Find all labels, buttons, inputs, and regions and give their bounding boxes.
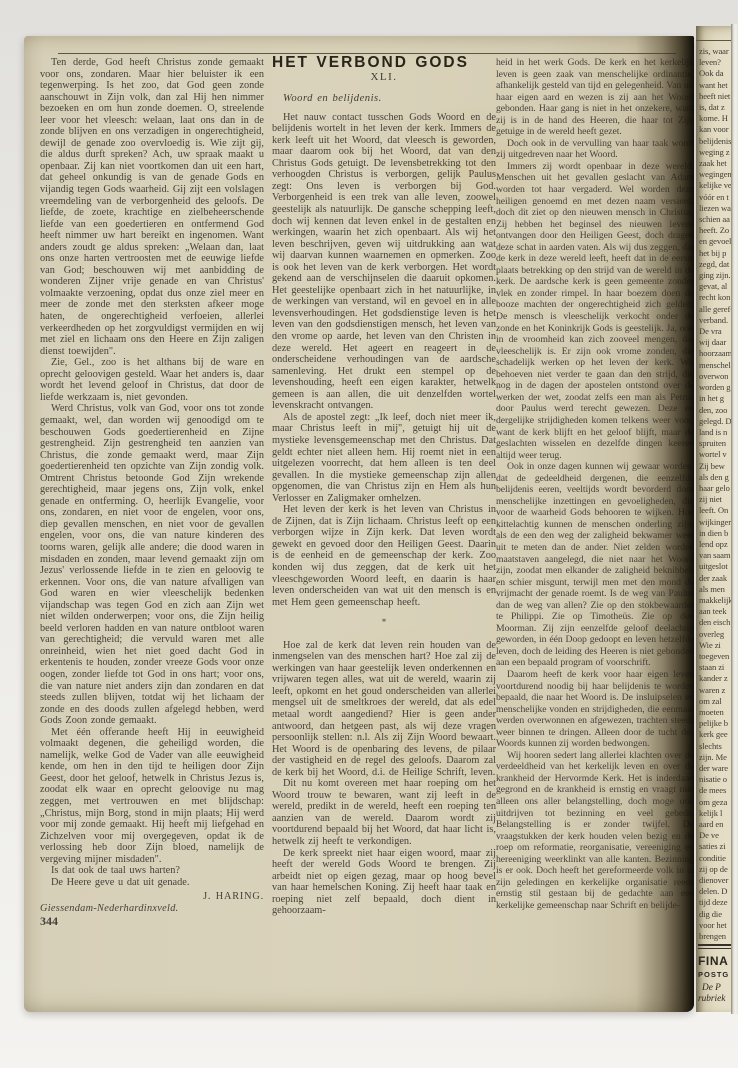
text-fragment-line: delen. D: [699, 886, 731, 897]
text-fragment-line: nisatie o: [699, 774, 731, 785]
text-fragment-line: om zal: [699, 696, 731, 707]
text-fragment-line: wortel v: [699, 449, 731, 460]
text-fragment-line: haar gelo: [699, 483, 731, 494]
middle-column-text: Het nauw contact tusschen Gods Woord en …: [272, 112, 496, 609]
text-fragment-line: gelegd. D: [699, 416, 731, 427]
text-fragment-line: zaak het: [699, 158, 731, 169]
text-fragment-line: van saam: [699, 550, 731, 561]
text-fragment-line: wijkinger: [699, 517, 731, 528]
paragraph: Met één offerande heeft Hij in eeuwighei…: [40, 727, 264, 866]
paragraph: Hoe zal de kerk dat leven rein houden va…: [272, 640, 496, 779]
text-fragment-line: is, dat z: [699, 102, 731, 113]
left-page: Ten derde, God heeft Christus zonde gema…: [24, 36, 694, 1012]
book-scan-photo: Ten derde, God heeft Christus zonde gema…: [0, 0, 738, 1068]
middle-column-text-continued: Hoe zal de kerk dat leven rein houden va…: [272, 640, 496, 917]
text-fragment-line: zis, waar: [699, 46, 731, 57]
text-fragment-line: conditie: [699, 853, 731, 864]
paragraph: De Heere geve u dat uit genade.: [40, 877, 264, 889]
chapter-number: XLI.: [272, 72, 496, 84]
next-page-text-fragments: zis, waarleven?Ook dawant hetheeft nieti…: [699, 46, 731, 942]
author-location: Giessendam-Nederhardinxveld.: [40, 903, 264, 915]
text-fragment-line: De P: [698, 983, 731, 994]
text-fragment-line: toegeven: [699, 651, 731, 662]
text-fragment-line: liezen wa: [699, 203, 731, 214]
left-column-text: Ten derde, God heeft Christus zonde gema…: [40, 57, 264, 888]
text-fragment-line: kerk gee: [699, 729, 731, 740]
text-fragment-line: lend opz: [699, 539, 731, 550]
text-fragment-line: den, zoo: [699, 405, 731, 416]
gutter-shadow: [636, 36, 694, 1012]
text-fragment-line: staan zi: [699, 662, 731, 673]
header-rule: [696, 40, 731, 41]
text-fragment-line: de mees: [699, 785, 731, 796]
text-fragment-line: brengen: [699, 931, 731, 942]
text-fragment-line: worden g: [699, 382, 731, 393]
next-page-edge: zis, waarleven?Ook dawant hetheeft nieti…: [696, 26, 731, 1012]
text-fragment-line: wij daar: [699, 337, 731, 348]
text-fragment-line: weging z: [699, 147, 731, 158]
paragraph: Zie, Gel., zoo is het althans bij de war…: [40, 357, 264, 403]
text-fragment-line: ging zijn.: [699, 270, 731, 281]
text-fragment-line: kan voor: [699, 124, 731, 135]
text-fragment-line: overwon: [699, 371, 731, 382]
notice-text-fragments: De Prubriek: [698, 983, 731, 1005]
text-fragment-line: want het: [699, 80, 731, 91]
text-fragment-line: uitgeslot: [699, 561, 731, 572]
text-fragment-line: in dien b: [699, 528, 731, 539]
paragraph: Het leven der kerk is het leven van Chri…: [272, 504, 496, 608]
text-fragment-line: voor het: [699, 920, 731, 931]
text-fragment-line: leven?: [699, 57, 731, 68]
text-fragment-line: heeft. Zo: [699, 225, 731, 236]
text-fragment-line: als den g: [699, 472, 731, 483]
double-rule: [698, 944, 731, 949]
text-fragment-line: zij niet: [699, 494, 731, 505]
text-fragment-line: De ve: [699, 830, 731, 841]
text-fragment-line: Wie zi: [699, 640, 731, 651]
text-fragment-line: in het g: [699, 393, 731, 404]
text-fragment-line: moeten: [699, 707, 731, 718]
text-fragment-line: als men: [699, 584, 731, 595]
text-fragment-line: dienover: [699, 875, 731, 886]
text-fragment-line: zijn. Me: [699, 752, 731, 763]
page-number: 344: [40, 916, 264, 928]
section-separator: *: [272, 617, 496, 629]
text-fragment-line: gevat, al: [699, 281, 731, 292]
page-stack-edge: [731, 24, 738, 1014]
text-fragment-line: om geza: [699, 797, 731, 808]
text-fragment-line: der ware: [699, 763, 731, 774]
text-fragment-line: kander z: [699, 673, 731, 684]
text-fragment-line: overleg: [699, 629, 731, 640]
text-fragment-line: schien aa: [699, 214, 731, 225]
text-fragment-line: Zij bew: [699, 461, 731, 472]
paragraph: Als de apostel zegt: „Ik leef, doch niet…: [272, 412, 496, 504]
text-fragment-line: belijdenis: [699, 136, 731, 147]
text-fragment-line: waren z: [699, 685, 731, 696]
text-fragment-line: spruiten: [699, 438, 731, 449]
text-fragment-line: recht kon: [699, 292, 731, 303]
paragraph: Ten derde, God heeft Christus zonde gema…: [40, 57, 264, 357]
column-middle: HET VERBOND GODS XLI. Woord en belijdeni…: [272, 57, 496, 917]
notice-heading: FINA: [698, 954, 731, 968]
text-fragment-line: der zaak: [699, 573, 731, 584]
next-page-notice: FINA POSTG De Prubriek: [698, 944, 731, 1005]
text-fragment-line: De vra: [699, 326, 731, 337]
text-fragment-line: Ook da: [699, 68, 731, 79]
text-fragment-line: alle geref-: [699, 304, 731, 315]
section-heading: Woord en belijdenis.: [272, 93, 496, 105]
text-fragment-line: leeft. On: [699, 505, 731, 516]
text-fragment-line: vóór en t: [699, 192, 731, 203]
text-fragment-line: verband.: [699, 315, 731, 326]
text-fragment-line: heeft niet: [699, 91, 731, 102]
author-signature: J. HARING.: [40, 891, 264, 903]
text-fragment-line: wegingen: [699, 169, 731, 180]
paragraph: De kerk spreekt niet haar eigen woord, m…: [272, 848, 496, 917]
text-fragment-line: den eisch: [699, 617, 731, 628]
text-fragment-line: kelijke ve: [699, 180, 731, 191]
text-fragment-line: kome. H: [699, 113, 731, 124]
text-fragment-line: en gevoel: [699, 236, 731, 247]
paragraph: Dit nu komt overeen met haar roeping om …: [272, 778, 496, 847]
text-fragment-line: aard en: [699, 819, 731, 830]
paragraph: Het nauw contact tusschen Gods Woord en …: [272, 112, 496, 412]
notice-subheading: POSTG: [698, 970, 731, 979]
text-fragment-line: pelijke b: [699, 718, 731, 729]
paragraph: Werd Christus, volk van God, voor ons to…: [40, 403, 264, 726]
text-fragment-line: dig die: [699, 909, 731, 920]
text-fragment-line: saties zi: [699, 841, 731, 852]
text-fragment-line: kelijk l: [699, 808, 731, 819]
text-fragment-line: tijd deze: [699, 897, 731, 908]
column-left: Ten derde, God heeft Christus zonde gema…: [40, 57, 264, 928]
text-fragment-line: menschel: [699, 360, 731, 371]
text-fragment-line: hoorzaam: [699, 348, 731, 359]
paragraph: Is dat ook de taal uws harten?: [40, 865, 264, 877]
text-fragment-line: zegd, dat: [699, 259, 731, 270]
text-fragment-line: slechts: [699, 741, 731, 752]
text-fragment-line: land is n: [699, 427, 731, 438]
text-fragment-line: makkelijk: [699, 595, 731, 606]
text-fragment-line: het bij p: [699, 248, 731, 259]
text-fragment-line: zij op de: [699, 864, 731, 875]
text-fragment-line: rubriek: [698, 994, 731, 1005]
text-fragment-line: aan teek: [699, 606, 731, 617]
article-title: HET VERBOND GODS: [272, 57, 496, 69]
